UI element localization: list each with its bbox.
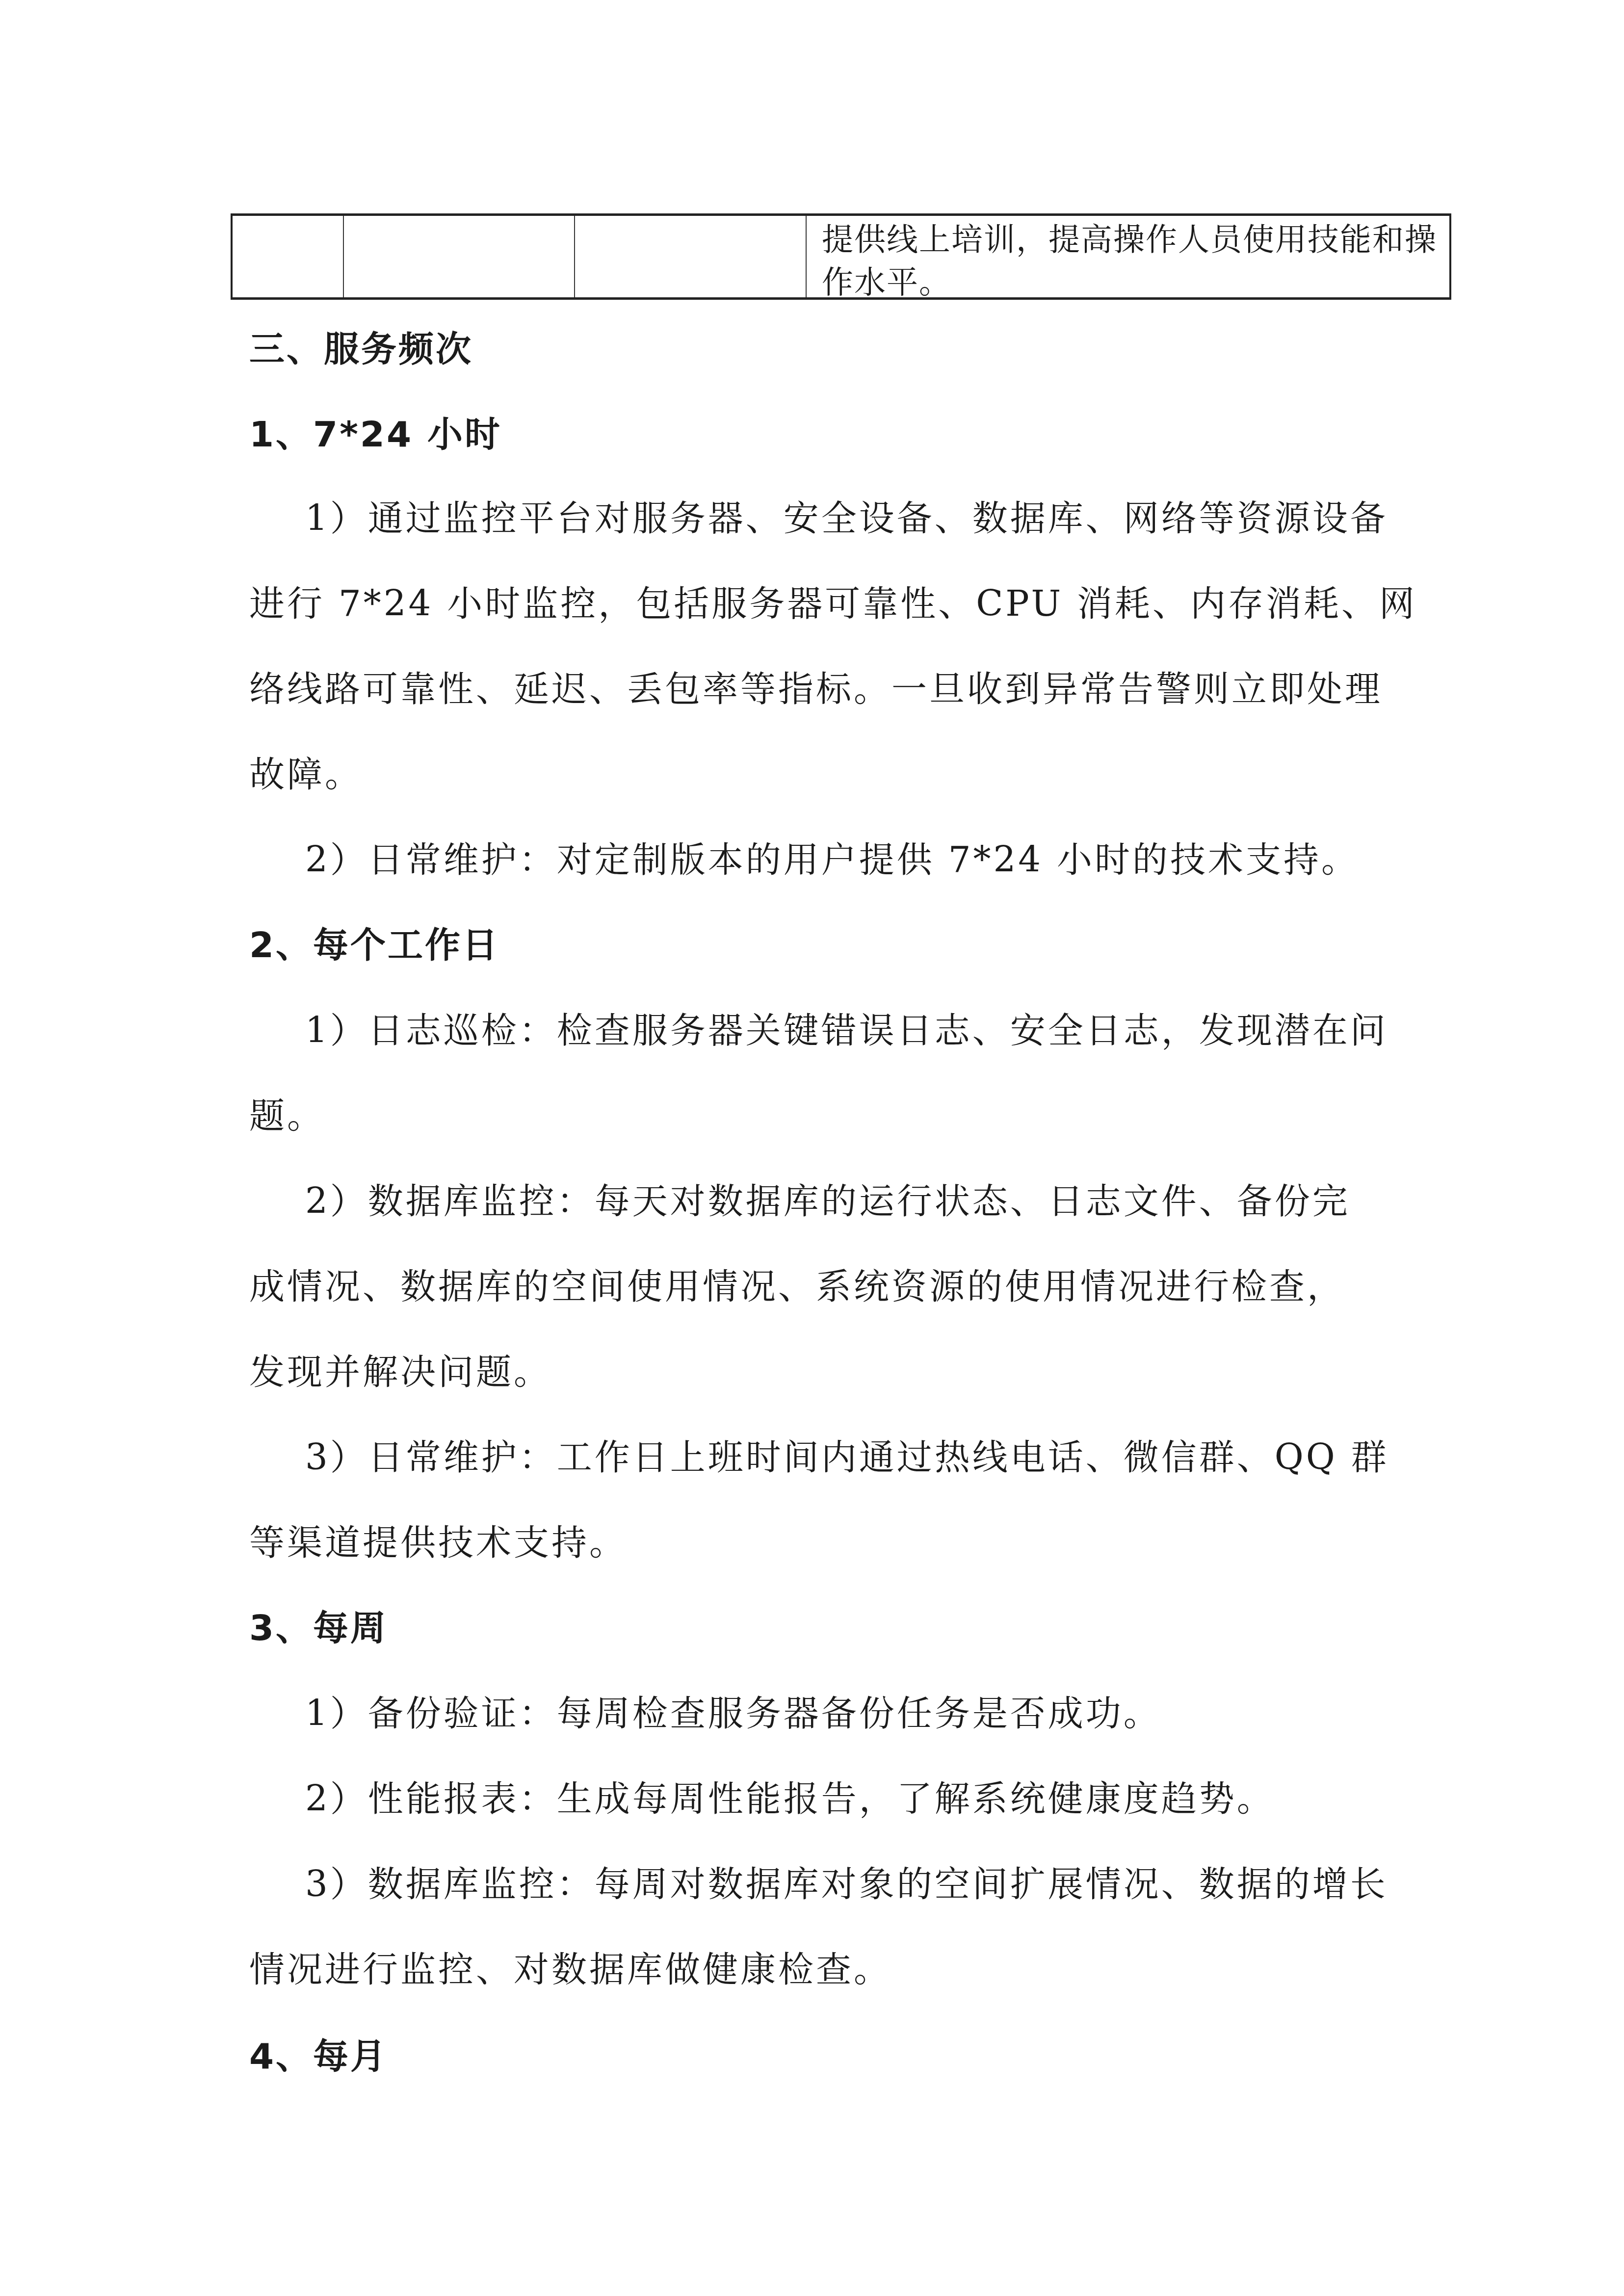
section-title: 三、服务频次 (249, 327, 473, 371)
paragraph-line: 成情况、数据库的空间使用情况、系统资源的使用情况进行检查， (249, 1264, 1345, 1308)
paragraph-line: 题。 (249, 1094, 325, 1138)
subsection-title-workday: 2、每个工作日 (249, 923, 499, 967)
paragraph-line: 2）性能报表：生成每周性能报告，了解系统健康度趋势。 (305, 1776, 1275, 1821)
subsection-title-weekly: 3、每周 (249, 1606, 388, 1650)
paragraph-line: 络线路可靠性、延迟、丢包率等指标。一旦收到异常告警则立即处理 (249, 667, 1383, 711)
paragraph-line: 情况进行监控、对数据库做健康检查。 (249, 1947, 891, 1991)
paragraph-line: 2）数据库监控：每天对数据库的运行状态、日志文件、备份完 (305, 1179, 1350, 1223)
paragraph-line: 故障。 (249, 752, 363, 796)
paragraph-line: 等渠道提供技术支持。 (249, 1520, 627, 1565)
paragraph-line: 发现并解决问题。 (249, 1350, 551, 1394)
table-cell-3 (575, 216, 807, 297)
table-cell-text-line: 作水平。 (822, 261, 1449, 304)
table-cell-text-line: 提供线上培训，提高操作人员使用技能和操 (822, 219, 1449, 261)
paragraph-line: 1）备份验证：每周检查服务器备份任务是否成功。 (305, 1691, 1161, 1735)
paragraph-line: 3）数据库监控：每周对数据库对象的空间扩展情况、数据的增长 (305, 1862, 1388, 1906)
paragraph-line: 2）日常维护：对定制版本的用户提供 7*24 小时的技术支持。 (305, 837, 1359, 882)
subsection-title-monthly: 4、每月 (249, 2034, 388, 2078)
document-page: 提供线上培训，提高操作人员使用技能和操 作水平。 三、服务频次 1、7*24 小… (0, 0, 1624, 2296)
paragraph-line: 3）日常维护：工作日上班时间内通过热线电话、微信群、QQ 群 (305, 1435, 1389, 1479)
paragraph-line: 进行 7*24 小时监控，包括服务器可靠性、CPU 消耗、内存消耗、网 (249, 581, 1417, 626)
paragraph-line: 1）通过监控平台对服务器、安全设备、数据库、网络等资源设备 (305, 496, 1388, 540)
table-fragment: 提供线上培训，提高操作人员使用技能和操 作水平。 (231, 213, 1451, 300)
table-cell-4: 提供线上培训，提高操作人员使用技能和操 作水平。 (807, 216, 1449, 297)
subsection-title-247: 1、7*24 小时 (249, 412, 502, 456)
table-cell-2 (344, 216, 575, 297)
table-cell-1 (233, 216, 344, 297)
paragraph-line: 1）日志巡检：检查服务器关键错误日志、安全日志，发现潜在问 (305, 1008, 1388, 1052)
